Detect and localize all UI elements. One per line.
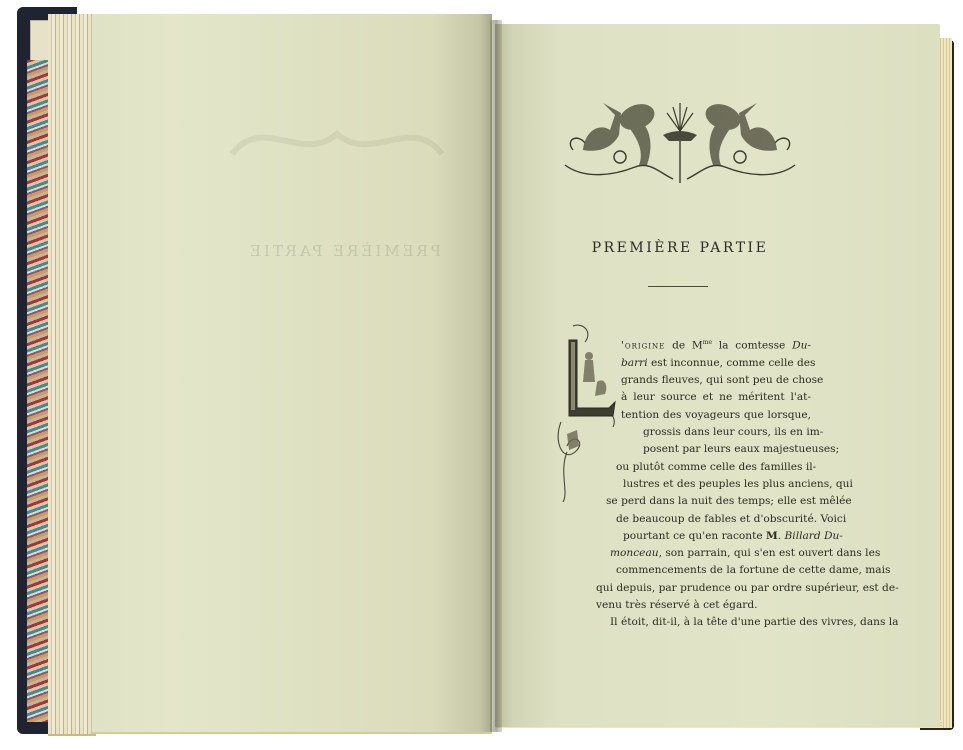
text-line: qui depuis, par prudence ou par ordre su…: [596, 580, 811, 597]
show-through-ornament-icon: [222, 104, 452, 174]
text-line: posent par leurs eaux majestueuses;: [643, 441, 811, 458]
body-text: 'origine de Mme la comtesse Du- barri es…: [553, 334, 811, 632]
ornament-headpiece-icon: [555, 95, 805, 185]
chapter-heading: PREMIÈRE PARTIE: [560, 240, 800, 256]
text-line: Il étoit, dit-il, à la tête d'une partie…: [610, 614, 811, 631]
page-stack-edges-left: [48, 14, 96, 736]
text-line: 'origine de Mme la comtesse Du-: [621, 334, 811, 355]
text-line: à leur source et ne méritent l'at-: [621, 389, 811, 406]
book-gutter: [490, 20, 502, 732]
text-line: monceau, son parrain, qui s'en est ouver…: [610, 545, 811, 562]
text-line: grands fleuves, qui sont peu de chose: [621, 372, 811, 389]
text-line: lustres et des peuples les plus anciens,…: [623, 476, 811, 493]
text-line: grossis dans leur cours, ils en im-: [643, 424, 811, 441]
text-line: se perd dans la nuit des temps; elle est…: [606, 493, 811, 510]
text-line: ou plutôt comme celle des familles il-: [616, 459, 811, 476]
show-through-text: PREMIÈRE PARTIE: [247, 242, 441, 260]
page-stack-edges-right: [938, 38, 952, 728]
left-page: PREMIÈRE PARTIE: [92, 14, 492, 734]
text-line: pourtant ce qu'en raconte M. Billard Du-: [623, 528, 811, 545]
text-line: de beaucoup de fables et d'obscurité. Vo…: [616, 511, 811, 528]
text-line: barri est inconnue, comme celle des: [621, 355, 811, 372]
text-line: venu très réservé à cet égard.: [596, 597, 811, 614]
text-line: tention des voyageurs que lorsque,: [621, 407, 811, 424]
heading-rule: [648, 286, 708, 287]
text-line: commencements de la fortune de cette dam…: [616, 562, 811, 579]
